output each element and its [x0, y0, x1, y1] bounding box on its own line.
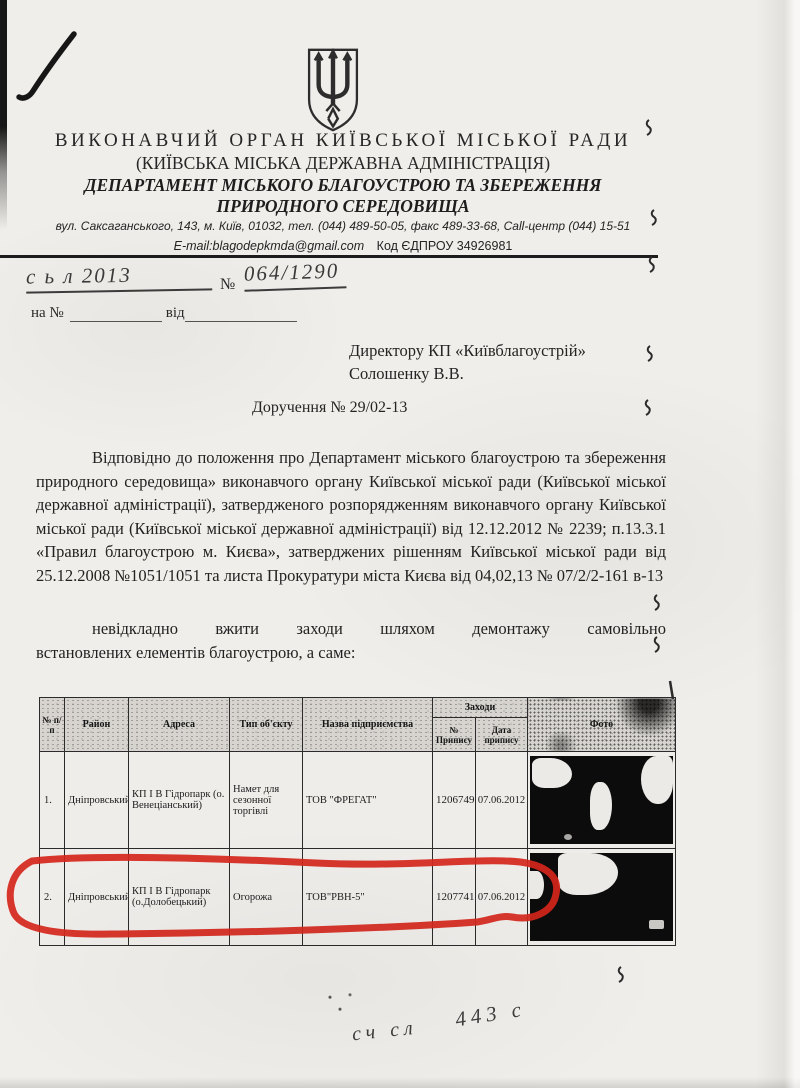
body-paragraph-instruction: невідкладно вжити заходи шляхом демонтаж… — [36, 617, 666, 664]
org-address-line: вул. Саксаганського, 143, м. Київ, 01032… — [18, 219, 668, 233]
org-name-line1: ВИКОНАВЧИЙ ОРГАН КИЇВСЬКОЇ МІСЬКОЇ РАДИ — [18, 130, 668, 152]
table-row-2-highlighted: 2. Дніпровський КП І В Гідропарк (о.Доло… — [40, 849, 676, 946]
bottom-scribble-left: сч сл — [351, 1017, 419, 1047]
addressee-title: Директору КП «Київблагоустрій» — [349, 339, 586, 362]
subject-line: Доручення № 29/02-13 — [252, 399, 407, 417]
department-name-line2: ПРИРОДНОГО СЕРЕДОВИЩА — [18, 196, 668, 217]
instruction-line1: невідкладно вжити заходи шляхом демонтаж… — [36, 617, 666, 641]
handwritten-date: с ь л 2013 — [26, 261, 212, 293]
col-header-order-date: Дата припису — [476, 718, 528, 752]
addressee-block: Директору КП «Київблагоустрій» Солошенку… — [349, 339, 586, 385]
row2-num: 2. — [40, 849, 65, 946]
row1-object-type: Намет для сезонної торгівлі — [230, 752, 303, 849]
number-sign: № — [220, 276, 235, 294]
col-header-order-no: № Припису — [433, 718, 476, 752]
col-header-district: Район — [65, 698, 129, 752]
col-header-measures: Заходи — [433, 698, 528, 718]
addressee-name: Солошенку В.В. — [349, 362, 586, 385]
org-contact-line: E-mail:blagodepkmda@gmail.com Код ЄДПРОУ… — [18, 239, 668, 253]
handwritten-outgoing-number: 064/1290 — [244, 258, 347, 292]
row2-order-date: 07.06.2012 — [476, 849, 528, 946]
row2-order-no: 1207741 — [433, 849, 476, 946]
col-header-num: № п/п — [40, 698, 65, 752]
row1-photo-thumbnail — [530, 756, 673, 844]
instruction-line2: встановлених елементів благоустрою, а са… — [36, 641, 666, 665]
row2-photo-thumbnail — [530, 853, 673, 941]
row1-company: ТОВ "ФРЕГАТ" — [303, 752, 433, 849]
ink-speckles — [322, 990, 362, 1014]
org-email: E-mail:blagodepkmda@gmail.com — [174, 239, 365, 253]
reply-date-blank — [185, 307, 297, 322]
row1-district: Дніпровський — [65, 752, 129, 849]
bottom-scribble-right: 443 с — [453, 997, 527, 1033]
row2-object-type: Огорожа — [230, 849, 303, 946]
reply-from-label: від — [166, 305, 185, 321]
scan-edge-artifact — [0, 0, 7, 230]
row2-company: ТОВ"РВН-5" — [303, 849, 433, 946]
row2-address: КП І В Гідропарк (о.Долобецький) — [129, 849, 230, 946]
row1-address: КП І В Гідропарк (о. Венеціанський) — [129, 752, 230, 849]
col-header-address: Адреса — [129, 698, 230, 752]
scanned-letter-page: ВИКОНАВЧИЙ ОРГАН КИЇВСЬКОЇ МІСЬКОЇ РАДИ … — [0, 0, 800, 1088]
col-header-object-type: Тип об'єкту — [230, 698, 303, 752]
body-paragraph-legal-basis: Відповідно до положення про Департамент … — [36, 446, 666, 587]
demolition-objects-table: № п/п Район Адреса Тип об'єкту Назва під… — [39, 697, 676, 946]
pen-stroke-artifact — [19, 34, 74, 98]
letterhead-divider-line — [0, 255, 658, 258]
col-header-photo: Фото — [528, 698, 676, 752]
row1-num: 1. — [40, 752, 65, 849]
reply-prefix-label: на № — [31, 305, 64, 321]
row1-order-date: 07.06.2012 — [476, 752, 528, 849]
reply-number-blank — [70, 307, 162, 322]
table-row-1: 1. Дніпровський КП І В Гідропарк (о. Вен… — [40, 752, 676, 849]
department-name-line1: ДЕПАРТАМЕНТ МІСЬКОГО БЛАГОУСТРОЮ ТА ЗБЕР… — [18, 175, 668, 196]
ukraine-trident-icon — [299, 46, 367, 134]
org-edrpou-code: Код ЄДПРОУ 34926981 — [377, 239, 513, 253]
row1-order-no: 1206749 — [433, 752, 476, 849]
org-name-line2: (КИЇВСЬКА МІСЬКА ДЕРЖАВНА АДМІНІСТРАЦІЯ) — [18, 153, 668, 174]
col-header-company: Назва підприємства — [303, 698, 433, 752]
row2-district: Дніпровський — [65, 849, 129, 946]
reply-reference-line: на №від — [31, 305, 297, 322]
